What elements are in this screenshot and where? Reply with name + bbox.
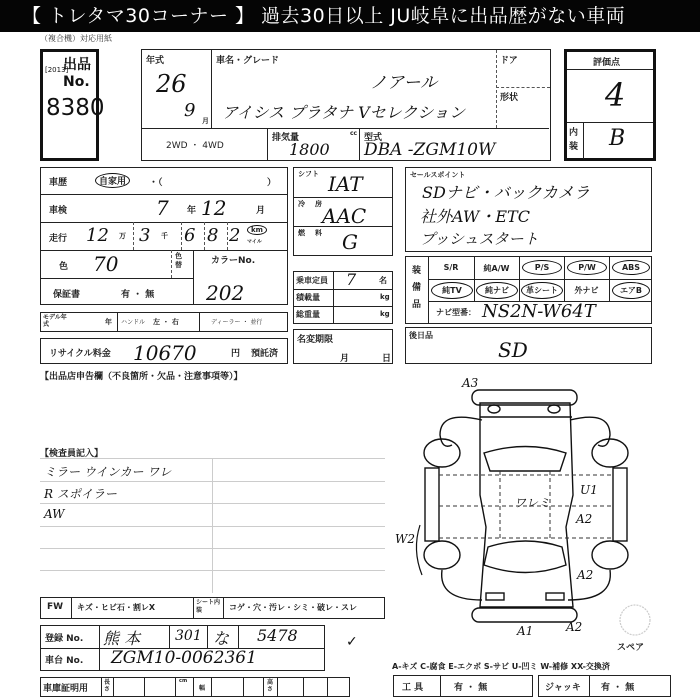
drive-options: 2WD ・ 4WD xyxy=(166,138,224,151)
dealer-options: ディーラー ・ 並行 xyxy=(211,317,262,326)
mark-roof: ワレミ xyxy=(514,496,550,510)
fw-row: FW キズ・ヒビ石・割レX シート内装 コゲ・穴・汚レ・シミ・破レ・スレ xyxy=(40,597,385,619)
history-selected: 自家用 xyxy=(95,173,130,188)
ac-value: AAC xyxy=(322,204,366,228)
load-unit: kg xyxy=(380,293,390,301)
mileage-unit-km: km xyxy=(247,225,267,235)
tools-row: 工 具 有 ・ 無 xyxy=(393,675,533,697)
equip-power-window: P/W xyxy=(567,260,607,275)
registration-number: 5478 xyxy=(257,626,298,645)
mark-left-side: W2 xyxy=(395,532,415,546)
navi-model-label: ナビ型番： xyxy=(436,307,476,318)
handle-options: 左 ・ 右 xyxy=(153,317,179,327)
garage-label: 車庫証明用 xyxy=(43,681,88,694)
recycle-row: リサイクル料金 10670 円 預託済 xyxy=(40,338,288,364)
garage-length-label: 長さ xyxy=(104,679,112,693)
warranty-options: 有 ・ 無 xyxy=(121,287,154,300)
year-value: 26 xyxy=(156,70,187,98)
name-change-day: 日 xyxy=(382,351,391,364)
chassis-label: 車台 No. xyxy=(45,653,83,666)
mileage-sen: 3 xyxy=(139,225,150,246)
car-name-label: 車名・グレード xyxy=(216,53,279,66)
equip-sunroof: S/R xyxy=(428,263,474,272)
color-value: 70 xyxy=(93,252,118,276)
lot-number-box: 出品 No. [2013] 8380 xyxy=(40,49,99,161)
sales-point-2: 社外AW・ETC xyxy=(420,204,530,227)
jack-row: ジャッキ 有 ・ 無 xyxy=(538,675,671,697)
shift-ac-fuel-box: シフト IAT 冷房 AAC 燃料 G xyxy=(293,167,393,256)
car-name-line1: ノアール xyxy=(370,68,437,93)
registration-class: 301 xyxy=(175,628,202,644)
mileage-d1: 6 xyxy=(184,225,195,246)
equip-leather-seat: 革シート xyxy=(521,282,563,299)
capacity-value: 7 xyxy=(346,270,356,289)
sales-points-box: セールスポイント SDナビ・バックカメラ 社外AW・ETC プッシュスタート xyxy=(405,167,652,252)
seat-options: コゲ・穴・汚レ・シミ・破レ・スレ xyxy=(229,602,357,613)
recycle-status: 預託済 xyxy=(251,346,278,359)
shape-label: 形状 xyxy=(500,90,518,103)
interior-value: B xyxy=(609,126,625,151)
score-value: 4 xyxy=(605,76,625,114)
capacity-unit: 名 xyxy=(379,275,387,286)
shift-value: IAT xyxy=(328,172,363,196)
mark-rear-fender: A2 xyxy=(576,568,593,582)
form-caption: （複合機）対応用紙 xyxy=(40,33,112,44)
garage-width-label: 幅 xyxy=(199,683,205,692)
mark-rear-bumper: A1 xyxy=(516,624,533,638)
inspector-note-3: AW xyxy=(44,507,65,521)
equipment-label: 装備品 xyxy=(412,263,422,314)
equip-abs: ABS xyxy=(612,260,650,275)
warranty-label: 保証書 xyxy=(53,287,80,300)
spare-label: スペア xyxy=(617,640,644,653)
equip-genuine-aw: 純A/W xyxy=(474,263,519,274)
score-label: 評価点 xyxy=(593,55,620,68)
car-name-line2: アイシス プラタナ Vセレクション xyxy=(222,100,465,123)
mileage-sen-unit: 千 xyxy=(161,231,168,241)
seller-notes-label: 【出品店申告欄（不良箇所・欠品・注意事項等）】 xyxy=(40,369,243,382)
sales-point-3: プッシュスタート xyxy=(420,228,539,249)
banner-title: 【 トレタマ30コーナー 】 過去30日以上 JU岐阜に出品歴がない車両 xyxy=(0,0,700,32)
score-box: 評価点 4 内装 B xyxy=(564,49,656,161)
fuel-value: G xyxy=(342,230,358,254)
history-label: 車歴 xyxy=(49,175,67,188)
mileage-unit-mile: マイル xyxy=(247,238,262,245)
garage-certificate-row: 車庫証明用 長さ cm 幅 高さ xyxy=(40,677,350,697)
chassis-number: ZGM10-0062361 xyxy=(111,648,257,668)
fuel-label: 燃料 xyxy=(298,228,332,238)
recycle-label: リサイクル料金 xyxy=(49,346,111,359)
model-year-unit: 年 xyxy=(105,317,112,327)
inspector-note-2: R スポイラー xyxy=(44,485,117,502)
mileage-label: 走行 xyxy=(49,231,67,244)
recycle-value: 10670 xyxy=(133,341,197,365)
registration-kana: な xyxy=(213,626,229,649)
vehicle-info-box: 年式 26 9 月 車名・グレード ノアール アイシス プラタナ Vセレクション… xyxy=(141,49,551,161)
tools-options: 有 ・ 無 xyxy=(454,680,487,693)
garage-unit-1: cm xyxy=(179,678,187,684)
check-mark-icon: ✓ xyxy=(346,634,358,650)
name-change-month: 月 xyxy=(340,351,349,364)
jack-label: ジャッキ xyxy=(545,680,581,693)
equip-aftermarket-navi: 外ナビ xyxy=(564,285,609,296)
equip-airbag: エアB xyxy=(612,282,650,299)
gross-unit: kg xyxy=(380,310,390,318)
equip-genuine-tv: 純TV xyxy=(431,282,473,299)
month-value: 9 xyxy=(184,100,195,121)
capacity-table: 乗車定員 7 名 積載量 kg 総重量 kg xyxy=(293,271,393,324)
mileage-man-unit: 万 xyxy=(119,231,126,241)
history-table: 車歴 自家用 ・（ ） 車検 7 年 12 月 走行 12 万 3 千 6 8 … xyxy=(40,167,288,305)
name-change-label: 名変期限 xyxy=(297,332,333,345)
tools-label: 工 具 xyxy=(402,680,423,693)
inspection-month: 12 xyxy=(201,196,226,220)
color-no-value: 202 xyxy=(206,281,244,305)
inspection-year: 7 xyxy=(156,196,169,220)
later-items-label: 後日品 xyxy=(409,330,433,341)
history-close: ） xyxy=(267,175,276,188)
model-year-label: モデル年式 xyxy=(43,314,67,328)
shift-label: シフト xyxy=(298,169,319,179)
mileage-man: 12 xyxy=(86,225,109,246)
handle-label: ハンドル xyxy=(121,317,145,326)
color-no-label: カラーNo. xyxy=(211,253,255,266)
mileage-d3: 2 xyxy=(229,225,240,246)
sales-point-1: SDナビ・バックカメラ xyxy=(422,180,590,203)
model-type-value: DBA -ZGM10W xyxy=(364,140,495,160)
displacement-unit: cc xyxy=(350,130,357,137)
load-label: 積載量 xyxy=(296,292,320,303)
sales-points-label: セールスポイント xyxy=(410,170,465,180)
fw-label: FW xyxy=(47,602,63,612)
repaint-label: 色替 xyxy=(175,252,185,270)
capacity-label: 乗車定員 xyxy=(296,275,328,286)
mark-right-rear-door: A2 xyxy=(575,512,592,526)
inspection-label: 車検 xyxy=(49,203,67,216)
jack-options: 有 ・ 無 xyxy=(601,680,634,693)
year-label: 年式 xyxy=(146,53,164,66)
later-items-value: SD xyxy=(498,338,528,362)
registration-label: 登録 No. xyxy=(45,631,83,644)
equip-power-steering: P/S xyxy=(522,260,562,275)
gross-label: 総重量 xyxy=(296,309,320,320)
inspector-note-1: ミラー ウインカー ワレ xyxy=(44,463,171,480)
equipment-table: 装備品 S/R 純A/W P/S P/W ABS 純TV 純ナビ 革シート 外ナ… xyxy=(405,256,652,324)
model-year-row: モデル年式 年 ハンドル 左 ・ 右 ディーラー ・ 並行 xyxy=(40,312,288,332)
damage-legend: A-キズ C-腐食 E-エクボ S-サビ U-凹ミ W-補修 XX-交換済 xyxy=(392,661,610,672)
inspection-month-unit: 月 xyxy=(256,203,265,216)
later-items-box: 後日品 SD xyxy=(405,327,652,364)
mileage-d2: 8 xyxy=(207,225,218,246)
registration-table: 登録 No. 熊 本 301 な 5478 車台 No. ZGM10-00623… xyxy=(40,625,325,671)
mark-rear-corner: A2 xyxy=(565,620,582,634)
mark-right-front-door: U1 xyxy=(580,483,598,497)
recycle-unit: 円 xyxy=(231,346,240,359)
interior-label: 内装 xyxy=(569,126,579,154)
registration-area: 熊 本 xyxy=(103,626,140,649)
name-change-box: 名変期限 月 日 xyxy=(293,329,393,364)
lot-year-tag: [2013] xyxy=(45,66,68,74)
month-suffix: 月 xyxy=(202,116,209,126)
garage-height-label: 高さ xyxy=(267,679,275,693)
mark-front-bumper: A3 xyxy=(461,376,479,390)
navi-model-value: NS2N-W64T xyxy=(482,301,596,322)
door-label: ドア xyxy=(500,53,518,66)
equip-genuine-navi: 純ナビ xyxy=(476,282,518,299)
seat-label: シート内装 xyxy=(196,599,220,615)
lot-number: 8380 xyxy=(46,95,105,121)
color-label: 色 xyxy=(59,259,68,272)
inspection-year-unit: 年 xyxy=(187,203,196,216)
car-damage-diagram: A3 ワレミ U1 A2 A2 A1 A2 W2 xyxy=(380,375,680,650)
fw-options: キズ・ヒビ石・割レX xyxy=(77,602,155,613)
displacement-value: 1800 xyxy=(289,140,330,159)
